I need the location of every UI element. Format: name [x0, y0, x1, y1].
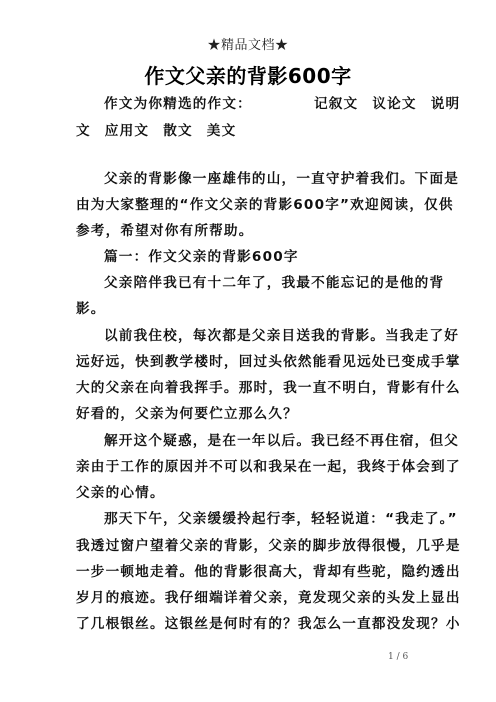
- paragraph-line: 解开这个疑惑，是在一年以后。我已经不再住宿，但父: [104, 429, 449, 449]
- intro-lead: 作文为你精选的作文：: [104, 96, 252, 112]
- paragraph-line: 那天下午，父亲缓缓拎起行李，轻轻说道：“我走了。”: [104, 507, 449, 527]
- category-expository-part[interactable]: 说明: [431, 96, 461, 112]
- paragraph-line: 影。: [76, 297, 421, 317]
- paragraph-line: 父亲的背影像一座雄伟的山，一直守护着我们。下面是: [104, 167, 449, 187]
- paragraph-line: 由为大家整理的“作文父亲的背影600字”欢迎阅读，仅供: [76, 193, 421, 213]
- paragraph-line: 参考，希望对你有所帮助。: [76, 219, 421, 239]
- intro-line: 作文为你精选的作文：记叙文议论文说明: [104, 92, 449, 112]
- category-expository-tail[interactable]: 文: [76, 123, 91, 139]
- category-argumentative[interactable]: 议论文: [372, 96, 416, 112]
- document-title: 作文父亲的背影600字: [0, 60, 496, 89]
- page-indicator: 1 / 6: [388, 652, 408, 662]
- category-narrative[interactable]: 记叙文: [314, 96, 358, 112]
- paragraph-line: 以前我住校，每次都是父亲目送我的背影。当我走了好: [104, 324, 449, 344]
- paragraph-line: 父亲的心情。: [76, 481, 421, 501]
- paragraph-line: 我透过窗户望着父亲的背影，父亲的脚步放得很慢，几乎是: [76, 534, 421, 554]
- paragraph-line: 父亲陪伴我已有十二年了，我最不能忘记的是他的背: [104, 271, 449, 291]
- paragraph-line: 好看的，父亲为何要伫立那么久？: [76, 402, 421, 422]
- intro-line-continued: 文应用文散文美文: [76, 119, 421, 139]
- document-header-banner: ★精品文档★: [0, 34, 496, 53]
- category-practical[interactable]: 应用文: [105, 123, 149, 139]
- paragraph-line: 大的父亲在向着我挥手。那时，我一直不明白，背影有什么: [76, 376, 421, 396]
- paragraph-line: 岁月的痕迹。我仔细端详着父亲，竟发现父亲的头发上显出: [76, 586, 421, 606]
- category-prose[interactable]: 散文: [163, 123, 193, 139]
- section-heading: 篇一：作文父亲的背影600字: [104, 245, 449, 265]
- paragraph-line: 远好远，快到教学楼时，回过头依然能看见远处已变成手掌: [76, 350, 421, 370]
- paragraph-line: 亲由于工作的原因并不可以和我呆在一起，我终于体会到了: [76, 455, 421, 475]
- category-essay[interactable]: 美文: [207, 123, 237, 139]
- paragraph-line: 了几根银丝。这银丝是何时有的？我怎么一直都没发现？小: [76, 612, 421, 632]
- paragraph-line: 一步一顿地走着。他的背影很高大，背却有些驼，隐约透出: [76, 560, 421, 580]
